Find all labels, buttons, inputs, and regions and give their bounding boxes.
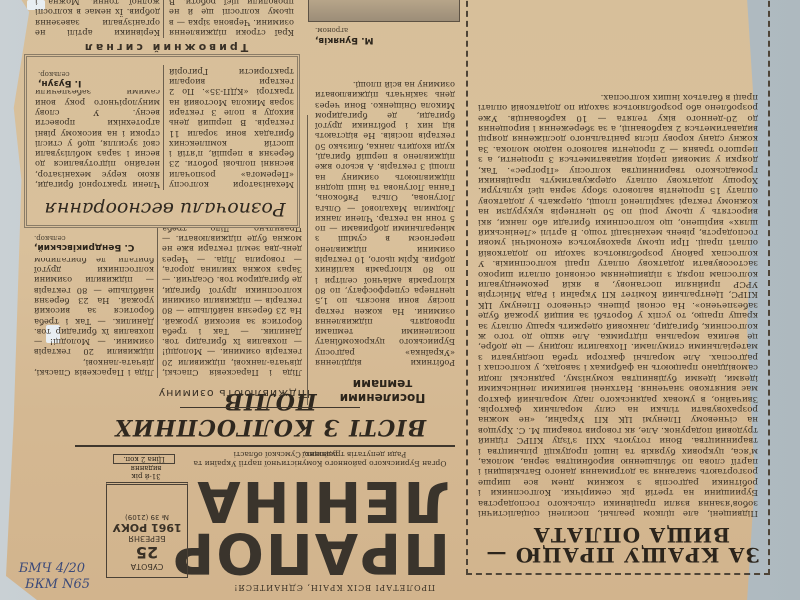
news-photo — [308, 0, 460, 22]
article-pay-body: Підвищені, але цілком реальні, посилені … — [478, 0, 758, 518]
column-rule — [163, 0, 164, 38]
article-fast-role: агроном. — [315, 26, 455, 34]
column-rule — [157, 228, 158, 378]
article-fast-title: Посиленими темпами — [305, 377, 460, 405]
article-fast-author: М. Буняків, — [315, 35, 455, 45]
article-alarm-body-left: Краї строки підживлення озимини. Червона… — [169, 0, 294, 38]
masthead-organ-line2: Ради депутатів трудящих, Сумської област… — [190, 450, 450, 459]
article-lida-body: Ліда і Параскевія Спаські, дівчата-ланко… — [162, 228, 302, 378]
price: Ціна 2 коп. — [113, 454, 175, 464]
article-pay-title: За кращу працю — вища оплата — [480, 525, 760, 565]
article-spring-author: І. Бузун, — [38, 78, 160, 88]
masthead: ПРОЛЕТАРІ ВСІХ КРАЇН, ЄДНАЙТЕСЯ! Прапор … — [100, 450, 450, 600]
article-pay-title-line2: вища оплата — [480, 525, 760, 545]
article-lida-author: С. Бендриківський, — [34, 242, 154, 252]
section-rule — [180, 407, 360, 408]
date-year: 1961 РОКУ — [107, 521, 187, 534]
date-month: БЕРЕЗНЯ — [107, 534, 187, 543]
newspaper-page-upside-down: ПРОЛЕТАРІ ВСІХ КРАЇН, ЄДНАЙТЕСЯ! Прапор … — [0, 0, 800, 600]
article-fast-title-line1: Посиленими — [305, 391, 460, 405]
article-spring-body: Механізатори колгоспу «Перемога» розпоча… — [169, 65, 294, 190]
article-alarm-title: Тривожний сигнал — [30, 41, 300, 54]
year-of-publication: 31-й рік видання — [116, 464, 176, 480]
handwritten-note-1: БКМ N65 — [25, 577, 90, 592]
article-alarm-body-right: Керівники артілі не організували завезен… — [35, 0, 160, 38]
column-rule — [307, 115, 308, 405]
date-weekday: СУБОТА — [107, 562, 187, 571]
article-pay-title-line1: За кращу працю — — [480, 545, 760, 565]
article-lida-role: селькор. — [34, 234, 154, 242]
article-spring-title: Розпочали весноорання — [40, 198, 290, 220]
column-rule — [163, 65, 164, 190]
date-day: 25 — [107, 543, 187, 562]
article-lida-continued: Ліда і Параскевія Спаські, дівчата-ланко… — [34, 258, 154, 378]
article-fast-title-line2: темпами — [305, 377, 460, 391]
masthead-title-line2: Леніна — [195, 474, 450, 526]
article-spring-body-right: Члени тракторної бригади, якою керує мех… — [35, 90, 160, 190]
subheading: Підживлюють озимину — [100, 387, 310, 400]
handwritten-note-2: БМЧ 4/20 — [19, 561, 85, 576]
article-fast-body: Робітники відділення «Українка» радгоспу… — [315, 48, 455, 368]
issue-number: № 39 (2109) — [107, 513, 187, 521]
masthead-title-line1: Прапор — [171, 526, 450, 578]
article-spring-role: селькор. — [38, 70, 160, 78]
masthead-rule — [75, 445, 455, 447]
date-box: СУБОТА 25 БЕРЕЗНЯ 1961 РОКУ № 39 (2109) — [106, 482, 188, 578]
